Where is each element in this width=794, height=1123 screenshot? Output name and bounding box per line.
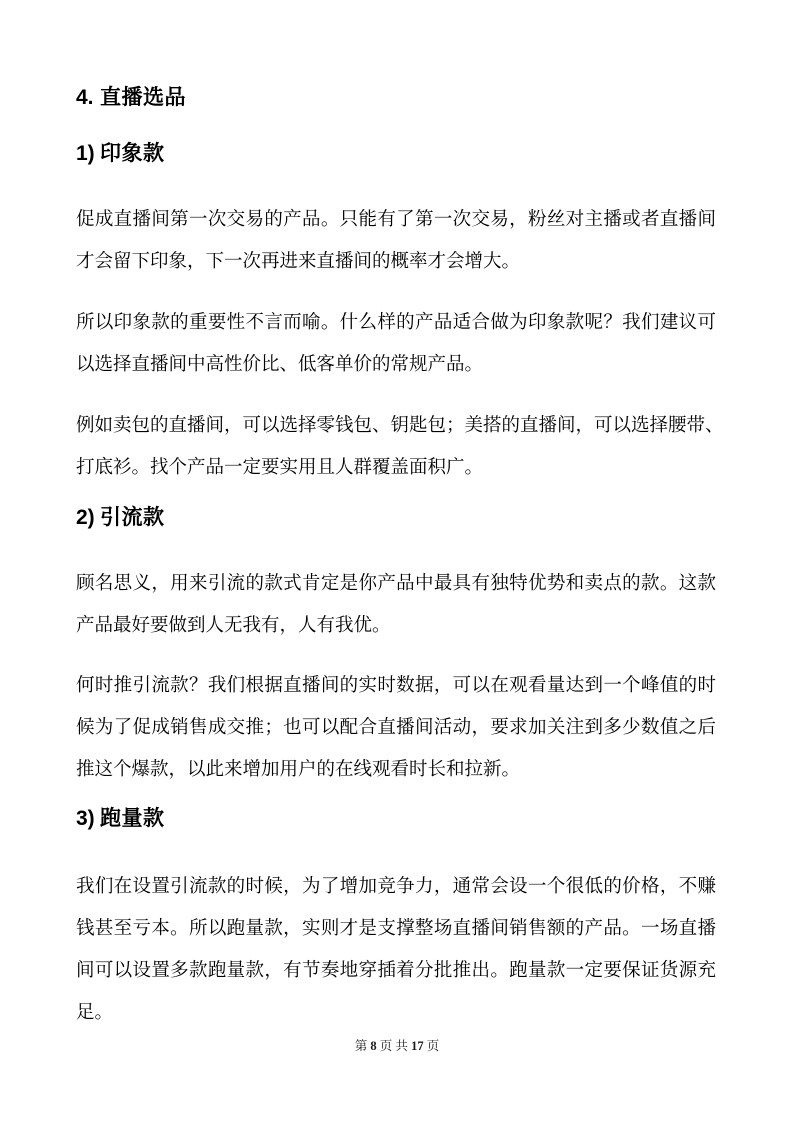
subsection-heading-3: 3)跑量款 xyxy=(76,798,716,840)
heading-number: 1) xyxy=(76,133,100,175)
text-line: 例如卖包的直播间，可以选择零钱包、钥匙包；美搭的直播间，可以选择腰带、 xyxy=(76,404,716,446)
text-line: 才会留下印象，下一次再进来直播间的概率才会增大。 xyxy=(76,240,716,282)
text-line: 钱甚至亏本。所以跑量款，实则才是支撑整场直播间销售额的产品。一场直播 xyxy=(76,907,716,949)
heading-label: 印象款 xyxy=(100,142,165,165)
heading-label: 引流款 xyxy=(100,506,165,529)
page-footer: 第 8 页 共 17 页 xyxy=(0,1038,794,1054)
paragraph-3: 例如卖包的直播间，可以选择零钱包、钥匙包；美搭的直播间，可以选择腰带、 打底衫。… xyxy=(76,404,716,488)
paragraph-1: 促成直播间第一次交易的产品。只能有了第一次交易，粉丝对主播或者直播间 才会留下印… xyxy=(76,198,716,282)
paragraph-5: 何时推引流款？我们根据直播间的实时数据，可以在观看量达到一个峰值的时 候为了促成… xyxy=(76,664,716,790)
text-line: 促成直播间第一次交易的产品。只能有了第一次交易，粉丝对主播或者直播间 xyxy=(76,198,716,240)
text-line: 候为了促成销售成交推；也可以配合直播间活动，要求加关注到多少数值之后 xyxy=(76,706,716,748)
footer-suffix: 页 xyxy=(427,1039,440,1053)
footer-page-number: 8 xyxy=(370,1039,376,1053)
text-line: 打底衫。找个产品一定要实用且人群覆盖面积广。 xyxy=(76,446,716,488)
text-line: 推这个爆款，以此来增加用户的在线观看时长和拉新。 xyxy=(76,748,716,790)
footer-middle: 页 共 xyxy=(380,1039,408,1053)
heading-number: 3) xyxy=(76,798,100,840)
text-line: 间可以设置多款跑量款，有节奏地穿插着分批推出。跑量款一定要保证货源充 xyxy=(76,949,716,991)
paragraph-2: 所以印象款的重要性不言而喻。什么样的产品适合做为印象款呢？我们建议可 以选择直播… xyxy=(76,301,716,385)
text-line: 我们在设置引流款的时候，为了增加竞争力，通常会设一个很低的价格，不赚 xyxy=(76,865,716,907)
document-page: 4.直播选品 1)印象款 促成直播间第一次交易的产品。只能有了第一次交易，粉丝对… xyxy=(0,0,794,1123)
paragraph-4: 顾名思义，用来引流的款式肯定是你产品中最具有独特优势和卖点的款。这款 产品最好要… xyxy=(76,562,716,646)
text-line: 所以印象款的重要性不言而喻。什么样的产品适合做为印象款呢？我们建议可 xyxy=(76,301,716,343)
paragraph-6: 我们在设置引流款的时候，为了增加竞争力，通常会设一个很低的价格，不赚 钱甚至亏本… xyxy=(76,865,716,1033)
subsection-heading-2: 2)引流款 xyxy=(76,497,716,539)
heading-number: 4. xyxy=(76,77,100,119)
heading-number: 2) xyxy=(76,497,100,539)
footer-total-pages: 17 xyxy=(411,1039,424,1053)
heading-label: 跑量款 xyxy=(100,807,165,830)
section-heading-main: 4.直播选品 xyxy=(76,77,716,119)
text-line: 产品最好要做到人无我有，人有我优。 xyxy=(76,604,716,646)
text-line: 以选择直播间中高性价比、低客单价的常规产品。 xyxy=(76,343,716,385)
footer-prefix: 第 xyxy=(355,1039,368,1053)
text-line: 顾名思义，用来引流的款式肯定是你产品中最具有独特优势和卖点的款。这款 xyxy=(76,562,716,604)
heading-label: 直播选品 xyxy=(100,86,186,109)
text-line: 何时推引流款？我们根据直播间的实时数据，可以在观看量达到一个峰值的时 xyxy=(76,664,716,706)
subsection-heading-1: 1)印象款 xyxy=(76,133,716,175)
text-line: 足。 xyxy=(76,991,716,1033)
